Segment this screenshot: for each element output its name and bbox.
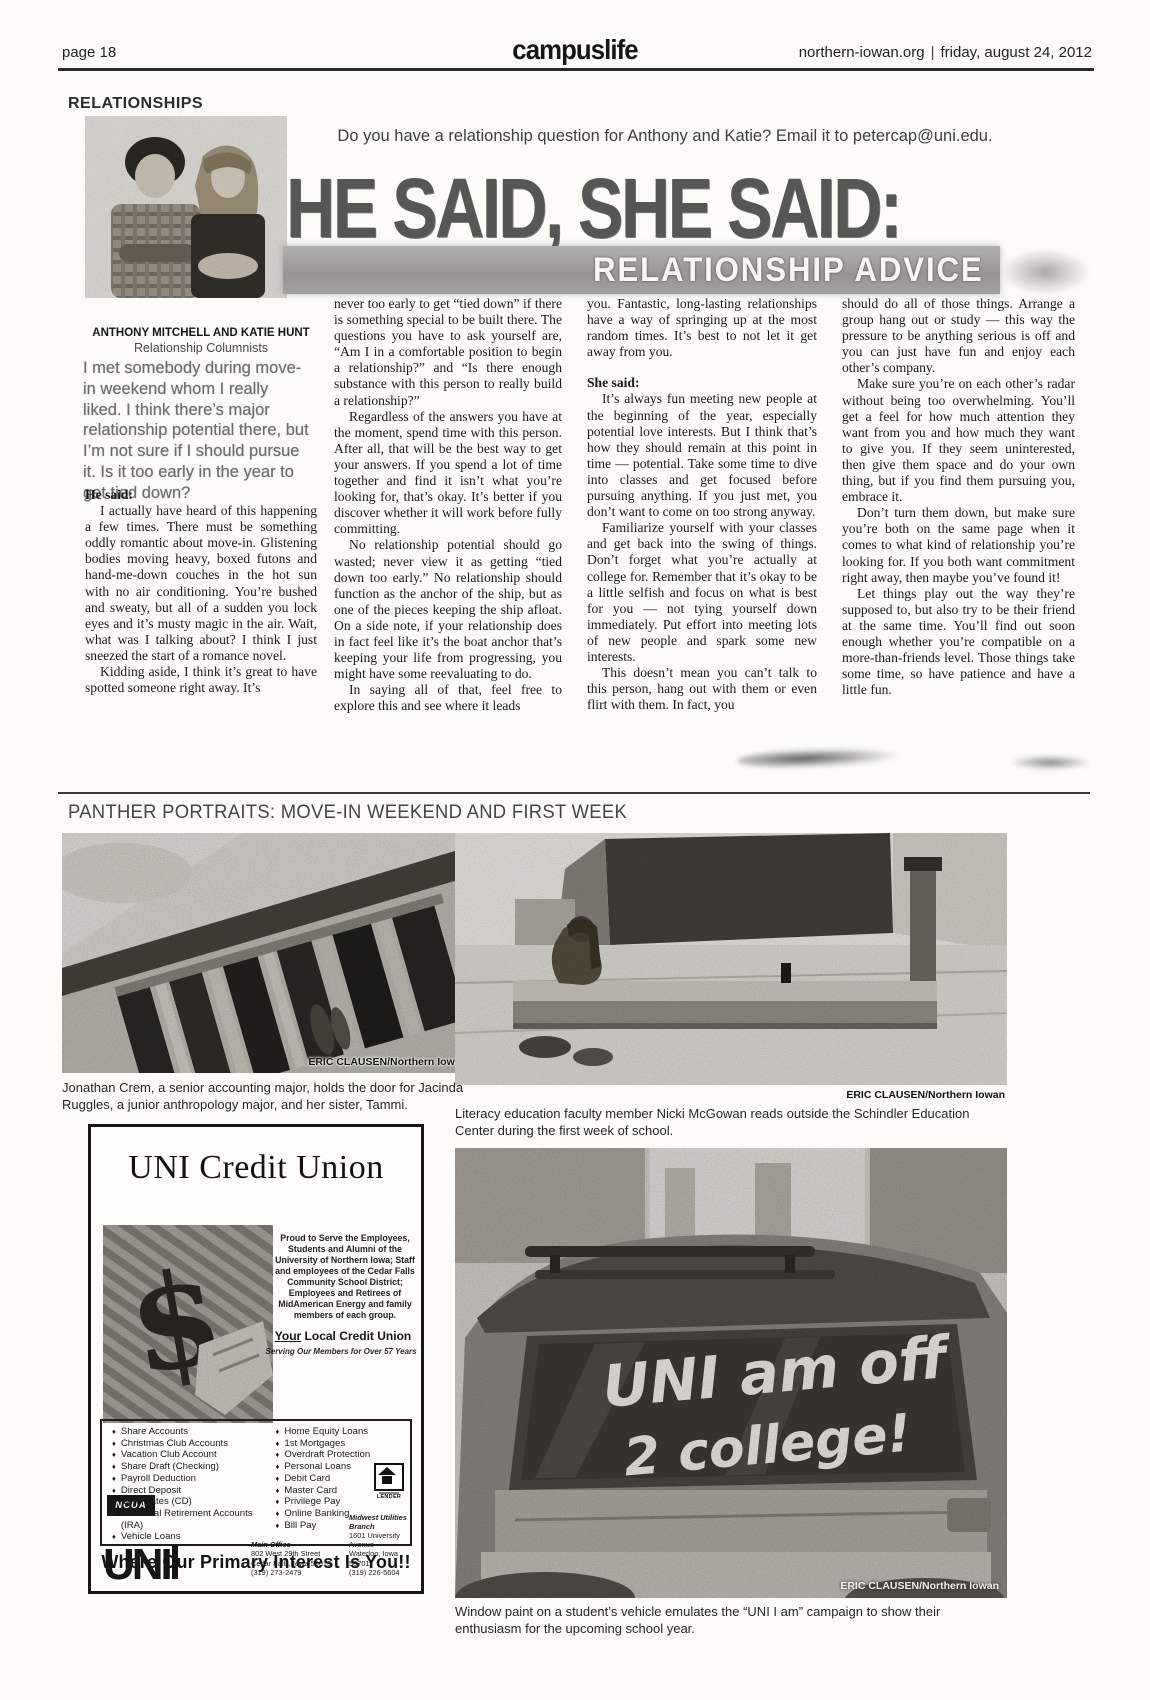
ad-title: UNI Credit Union: [91, 1149, 421, 1187]
ad-tagline-rest: Local Credit Union: [301, 1329, 411, 1343]
article-column-4: should do all of those things. Arrange a…: [842, 296, 1075, 748]
uni-logo-bar: [172, 1545, 178, 1579]
article-paragraph: Don’t turn them down, but make sure you’…: [842, 505, 1075, 585]
reader-question: I met somebody during move-in weekend wh…: [83, 358, 309, 504]
article-paragraph: never too early to get “tied down” if th…: [334, 296, 562, 409]
office-address: 802 West 29th Street: [251, 1549, 345, 1558]
article-paragraph: I actually have heard of this happening …: [85, 503, 317, 664]
masthead-separator: |: [925, 44, 941, 61]
car-window-paint-photo-image: UNI am off 2 college!: [455, 1148, 1007, 1598]
diamond-bullet-icon: ♦: [112, 1461, 116, 1473]
uni-logo-text: UNI: [103, 1540, 170, 1589]
article-paragraph: This doesn’t mean you can’t talk to this…: [587, 665, 817, 713]
office-address: 1601 University Avenue: [349, 1531, 419, 1549]
article-paragraph: No relationship potential should go wast…: [334, 537, 562, 682]
diamond-bullet-icon: ♦: [112, 1449, 116, 1461]
services-list-left: ♦Share Accounts ♦Christmas Club Accounts…: [104, 1426, 268, 1542]
diamond-bullet-icon: ♦: [112, 1438, 116, 1450]
service-label: Personal Loans: [284, 1461, 351, 1473]
service-item: ♦1st Mortgages: [276, 1438, 408, 1450]
service-label: 1st Mortgages: [284, 1438, 345, 1450]
service-label: Home Equity Loans: [284, 1426, 368, 1438]
service-label: Individual Retirement Accounts (IRA): [121, 1508, 268, 1531]
service-item: ♦Christmas Club Accounts: [112, 1438, 268, 1450]
diamond-bullet-icon: ♦: [112, 1496, 116, 1508]
service-item: ♦Direct Deposit: [112, 1485, 268, 1497]
lender-label: LENDER: [374, 1494, 404, 1500]
columnists-photo: [85, 116, 287, 298]
photo-caption: Literacy education faculty member Nicki …: [455, 1106, 1003, 1139]
office-main: Main Office 802 West 29th Street Cedar F…: [251, 1540, 345, 1577]
service-item: ♦Home Equity Loans: [276, 1426, 408, 1438]
dollar-sculpture-photo: $: [103, 1225, 273, 1423]
masthead-rule: [58, 68, 1094, 71]
article-paragraph: you. Fantastic, long-lasting relationshi…: [587, 296, 817, 360]
scan-smudge: [1008, 755, 1092, 770]
service-item: ♦Payroll Deduction: [112, 1473, 268, 1485]
columnists-photo-image: [85, 116, 287, 298]
article-column-3: you. Fantastic, long-lasting relationshi…: [587, 296, 817, 748]
issue-date: friday, august 24, 2012: [941, 44, 1093, 61]
diamond-bullet-icon: ♦: [112, 1508, 116, 1531]
article-paragraph: Make sure you’re on each other’s radar w…: [842, 376, 1075, 505]
photo-credit: ERIC CLAUSEN/Northern Iowan: [308, 1056, 467, 1068]
plaza-reading-photo: [455, 833, 1007, 1085]
banner-subtitle: RELATIONSHIP ADVICE: [593, 251, 984, 290]
article-paragraph: Let things play out the way they’re supp…: [842, 586, 1075, 699]
diamond-bullet-icon: ♦: [112, 1473, 116, 1485]
diamond-bullet-icon: ♦: [112, 1485, 116, 1497]
diamond-bullet-icon: ♦: [276, 1461, 280, 1473]
byline-role: Relationship Columnists: [85, 341, 317, 355]
ad-tagline: Your Local Credit Union: [267, 1329, 419, 1343]
diamond-bullet-icon: ♦: [276, 1473, 280, 1485]
service-item: ♦Share Draft (Checking): [112, 1461, 268, 1473]
service-label: Debit Card: [284, 1473, 330, 1485]
panther-portraits-heading: PANTHER PORTRAITS: MOVE-IN WEEKEND AND F…: [68, 802, 627, 824]
office-phone: (319) 226-5604: [349, 1568, 419, 1577]
headline-banner: RELATIONSHIP ADVICE: [283, 246, 1000, 294]
service-item: ♦Overdraft Protection: [276, 1449, 408, 1461]
ad-blurb: Proud to Serve the Employees, Students a…: [275, 1233, 415, 1321]
ad-tagline-underlined: Your: [275, 1329, 301, 1343]
photo-credit: ERIC CLAUSEN/Northern Iowan: [455, 1089, 1005, 1101]
service-item: ♦Certificates (CD): [112, 1496, 268, 1508]
service-label: Christmas Club Accounts: [121, 1438, 228, 1450]
article-paragraph: Kidding aside, I think it’s great to hav…: [85, 664, 317, 696]
office-label: Main Office: [251, 1540, 345, 1549]
article-paragraph: Regardless of the answers you have at th…: [334, 409, 562, 538]
site-url: northern-iowan.org: [799, 44, 925, 61]
service-label: Master Card: [284, 1485, 337, 1497]
office-phone: (319) 273-2479: [251, 1568, 345, 1577]
office-address: Cedar Falls, Iowa 50613: [251, 1559, 345, 1568]
service-label: Vacation Club Account: [121, 1449, 217, 1461]
ad-serving-line: Serving Our Members for Over 57 Years: [261, 1347, 421, 1356]
service-label: Overdraft Protection: [284, 1449, 370, 1461]
article-paragraph: Familiarize yourself with your classes a…: [587, 520, 817, 665]
email-prompt: Do you have a relationship question for …: [320, 127, 1010, 146]
diamond-bullet-icon: ♦: [112, 1426, 116, 1438]
service-label: Share Draft (Checking): [121, 1461, 219, 1473]
doorway-photo-image: [62, 833, 475, 1073]
office-address: Waterloo, Iowa 50701: [349, 1549, 419, 1567]
diamond-bullet-icon: ♦: [276, 1485, 280, 1497]
scan-smudge: [737, 745, 903, 771]
service-item: ♦Share Accounts: [112, 1426, 268, 1438]
article-paragraph: It’s always fun meeting new people at th…: [587, 391, 817, 520]
newspaper-page: page 18 campuslife northern-iowan.org|fr…: [0, 0, 1150, 1700]
plaza-reading-photo-image: [455, 833, 1007, 1085]
diamond-bullet-icon: ♦: [276, 1426, 280, 1438]
dollar-sculpture-image: $: [103, 1225, 273, 1423]
service-label: Privilege Pay: [284, 1496, 340, 1508]
diamond-bullet-icon: ♦: [276, 1449, 280, 1461]
diamond-bullet-icon: ♦: [276, 1438, 280, 1450]
car-window-paint-photo: UNI am off 2 college! ERIC CLAUSEN/North…: [455, 1148, 1007, 1598]
office-label: Midwest Utilities Branch: [349, 1513, 419, 1531]
article-headline: HE SAID, SHE SAID:: [286, 160, 900, 257]
article-paragraph: In saying all of that, feel free to expl…: [334, 682, 562, 714]
service-label: Share Accounts: [121, 1426, 188, 1438]
office-branch: Midwest Utilities Branch 1601 University…: [349, 1513, 419, 1577]
byline-authors: ANTHONY MITCHELL AND KATIE HUNT: [85, 327, 317, 339]
he-said-label: He said:: [85, 487, 317, 503]
scan-smudge: [1002, 250, 1088, 294]
diamond-bullet-icon: ♦: [276, 1496, 280, 1508]
photo-caption: Jonathan Crem, a senior accounting major…: [62, 1080, 464, 1113]
service-label: Direct Deposit: [121, 1485, 181, 1497]
article-paragraph: should do all of those things. Arrange a…: [842, 296, 1075, 376]
section-divider-rule: [58, 792, 1090, 794]
doorway-photo: ERIC CLAUSEN/Northern Iowan: [62, 833, 475, 1073]
article-column-1: He said: I actually have heard of this h…: [85, 487, 317, 762]
service-item: ♦Individual Retirement Accounts (IRA): [112, 1508, 268, 1531]
service-item: ♦Vacation Club Account: [112, 1449, 268, 1461]
masthead-right: northern-iowan.org|friday, august 24, 20…: [799, 44, 1092, 61]
service-label: Certificates (CD): [121, 1496, 192, 1508]
photo-caption: Window paint on a student’s vehicle emul…: [455, 1604, 1003, 1637]
equal-housing-lender-icon: LENDER: [374, 1463, 404, 1500]
photo-credit: ERIC CLAUSEN/Northern Iowan: [840, 1580, 999, 1592]
uni-credit-union-ad: UNI Credit Union $ NCUA Proud to Ser: [88, 1124, 424, 1594]
diamond-bullet-icon: ♦: [276, 1520, 280, 1532]
uni-logo: UNI: [103, 1543, 178, 1587]
byline-block: ANTHONY MITCHELL AND KATIE HUNT Relation…: [85, 327, 317, 355]
service-label: Online Banking: [284, 1508, 349, 1520]
she-said-label: She said:: [587, 375, 817, 391]
section-kicker: RELATIONSHIPS: [68, 95, 203, 113]
service-label: Bill Pay: [284, 1520, 316, 1532]
diamond-bullet-icon: ♦: [276, 1508, 280, 1520]
article-column-2: never too early to get “tied down” if th…: [334, 296, 562, 748]
service-label: Payroll Deduction: [121, 1473, 196, 1485]
